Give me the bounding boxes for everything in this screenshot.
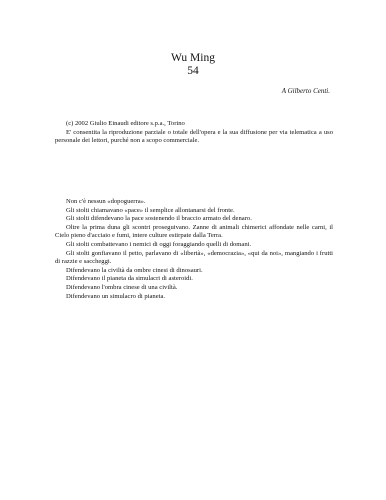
prologue-paragraph: Gli stolti chiamavano «pace» il semplice… [55,207,333,216]
prologue-paragraph: Gli stolti gonfiavano il petto, parlavan… [55,250,333,267]
prologue-paragraph: Oltre la prima duna gli scontri prosegui… [55,224,333,241]
dedication: A Gilberto Centi. [282,87,330,95]
book-title: 54 [0,65,386,78]
prologue-paragraph: Difendevano l'ombra cinese di una civilt… [55,284,333,293]
prologue-paragraph: Gli stolti difendevano la pace sostenend… [55,215,333,224]
prologue-paragraph: Difendevano la civiltà da ombre cinesi d… [55,267,333,276]
book-author: Wu Ming [0,52,386,65]
prologue-paragraph: Difendevano un simulacro di pianeta. [55,293,333,302]
license-text: E' consentita la riproduzione parziale o… [55,129,333,146]
copyright-line: (c) 2002 Giulio Einaudi editore s.p.a., … [55,120,333,129]
prologue-paragraph: Difendevano il pianeta da simulacri di a… [55,275,333,284]
prologue: Non c'è nessun «dopoguerra». Gli stolti … [55,198,333,301]
copyright-notice: (c) 2002 Giulio Einaudi editore s.p.a., … [55,120,333,146]
prologue-paragraph: Non c'è nessun «dopoguerra». [55,198,333,207]
prologue-paragraph: Gli stolti combattevano i nemici di oggi… [55,241,333,250]
